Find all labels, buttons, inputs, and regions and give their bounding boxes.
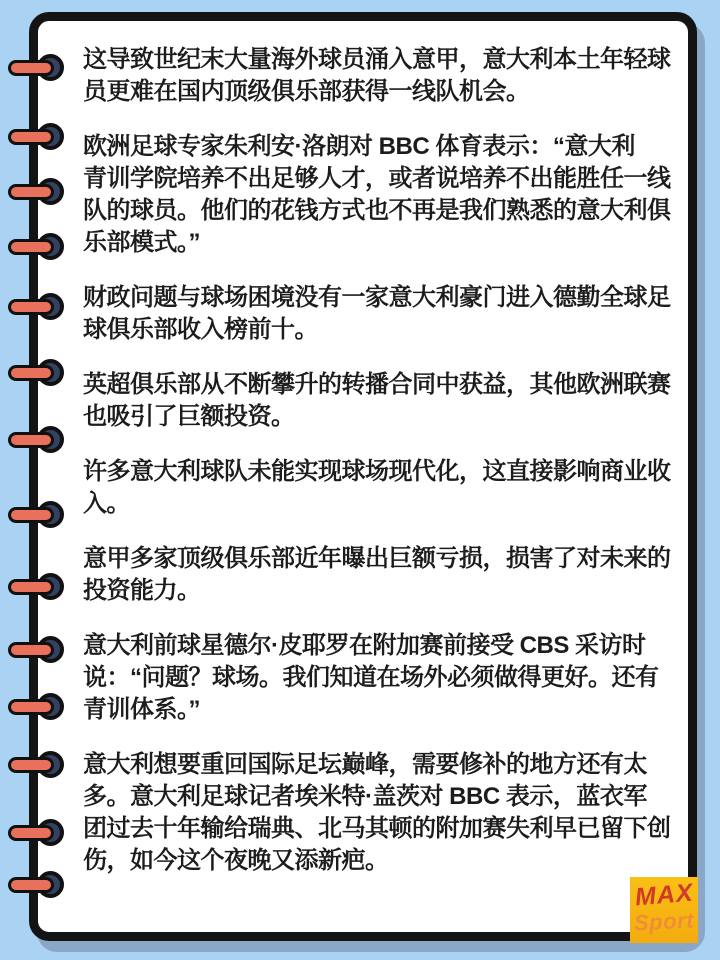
binder-ring-clip-icon — [8, 184, 54, 200]
binder-ring-clip-icon — [8, 239, 54, 255]
paragraph-8: 意大利想要重回国际足坛巅峰，需要修补的地方还有太 多。意大利足球记者埃米特·盖茨… — [83, 749, 683, 877]
binder-ring-clip-icon — [8, 642, 54, 658]
binder-ring-clip-icon — [8, 365, 54, 381]
paragraph-3: 财政问题与球场困境没有一家意大利豪门进入德勤全球足 球俱乐部收入榜前十。 — [83, 282, 683, 346]
binder-ring-clip-icon — [8, 877, 54, 893]
article-body: 这导致世纪末大量海外球员涌入意甲，意大利本土年轻球 员更难在国内顶级俱乐部获得一… — [83, 44, 683, 900]
binder-ring-clip-icon — [8, 129, 54, 145]
binder-ring-clip-icon — [8, 60, 54, 76]
paragraph-6: 意甲多家顶级俱乐部近年曝出巨额亏损，损害了对未来的 投资能力。 — [83, 543, 683, 607]
paragraph-5: 许多意大利球队未能实现球场现代化，这直接影响商业收 入。 — [83, 456, 683, 520]
binder-ring-clip-icon — [8, 825, 54, 841]
notebook-background: 这导致世纪末大量海外球员涌入意甲，意大利本土年轻球 员更难在国内顶级俱乐部获得一… — [0, 0, 720, 960]
paragraph-2: 欧洲足球专家朱利安·洛朗对 BBC 体育表示：“意大利 青训学院培养不出足够人才… — [83, 131, 683, 259]
paragraph-1: 这导致世纪末大量海外球员涌入意甲，意大利本土年轻球 员更难在国内顶级俱乐部获得一… — [83, 44, 683, 108]
binder-ring-clip-icon — [8, 299, 54, 315]
binder-ring-clip-icon — [8, 432, 54, 448]
paragraph-4: 英超俱乐部从不断攀升的转播合同中获益，其他欧洲联赛 也吸引了巨额投资。 — [83, 369, 683, 433]
max-sport-logo-badge: MAX Sport — [630, 877, 698, 943]
logo-sport-text: Sport — [633, 907, 694, 936]
binder-ring-clip-icon — [8, 757, 54, 773]
binder-ring-clip-icon — [8, 579, 54, 595]
binder-ring-clip-icon — [8, 699, 54, 715]
paragraph-7: 意大利前球星德尔·皮耶罗在附加赛前接受 CBS 采访时 说：“问题？球场。我们知… — [83, 630, 683, 726]
binder-ring-clip-icon — [8, 507, 54, 523]
